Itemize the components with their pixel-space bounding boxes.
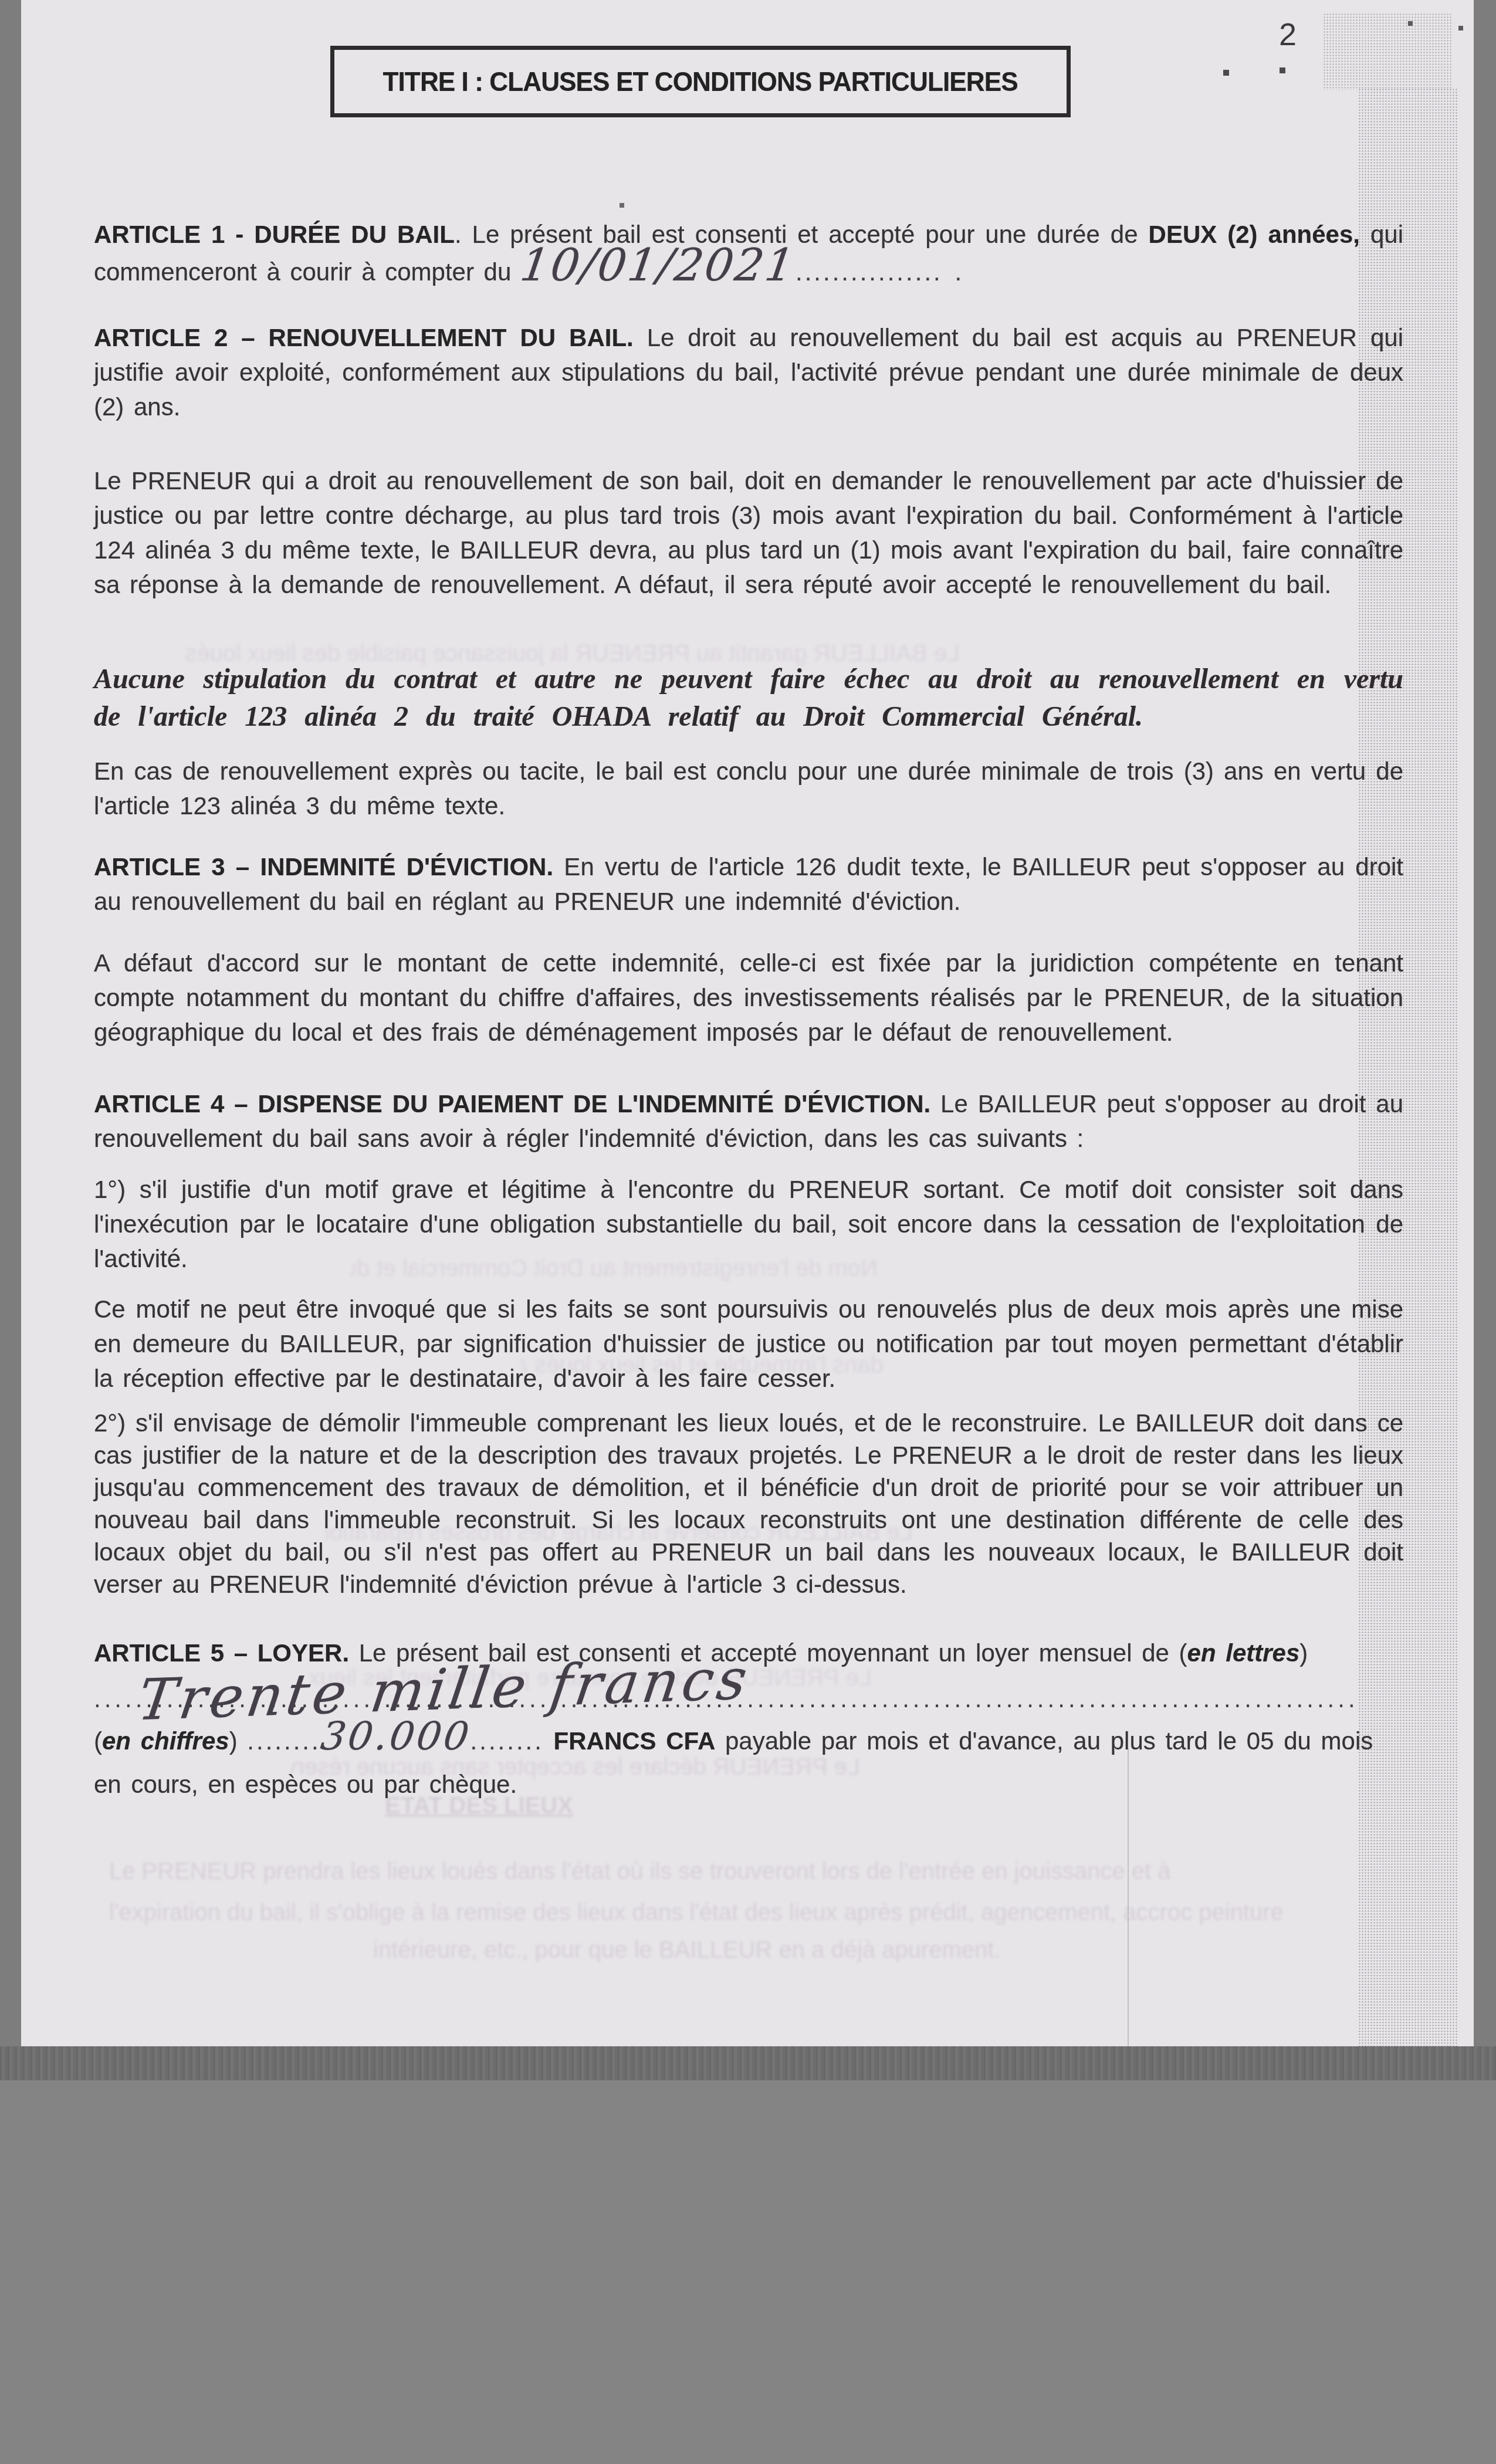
page-number: 2 xyxy=(1279,16,1297,53)
article-2-renewal-paragraph: Le PRENEUR qui a droit au renouvellement… xyxy=(94,463,1403,602)
ohada-clause-paragraph: Aucune stipulation du contrat et autre n… xyxy=(94,661,1403,736)
scanned-lease-page-2: { "page_number": "2", "title": "TITRE I … xyxy=(0,0,1496,2464)
rent-close-paren: ) xyxy=(229,1727,248,1755)
article-5-en-lettres: en lettres xyxy=(1187,1639,1300,1667)
tacit-renewal-paragraph: En cas de renouvellement exprès ou tacit… xyxy=(94,754,1403,823)
bleedthrough-text: intérieure, etc., pour que le BAILLEUR e… xyxy=(373,1937,1018,1964)
document-title-box: TITRE I : CLAUSES ET CONDITIONS PARTICUL… xyxy=(330,46,1071,117)
article-4-paragraph: ARTICLE 4 – DISPENSE DU PAIEMENT DE L'IN… xyxy=(94,1087,1403,1156)
dotted-leader-figures-left: ........ xyxy=(247,1727,320,1755)
case-1-text: 1°) s'il justifie d'un motif grave et lé… xyxy=(94,1176,1403,1272)
rent-terms-line-2: en cours, en espèces ou par chèque. xyxy=(94,1767,1403,1802)
dotted-leader-figures-right: ........ xyxy=(471,1727,544,1755)
article-1-paragraph: ARTICLE 1 - DURÉE DU BAIL. Le présent ba… xyxy=(94,217,1403,289)
scan-noise-top-right xyxy=(1323,13,1452,90)
scanner-background xyxy=(0,2080,1496,2464)
francs-cfa-label: FRANCS CFA xyxy=(544,1727,715,1755)
rent-open-paren: ( xyxy=(94,1727,102,1755)
scanner-bed-band xyxy=(0,2046,1496,2080)
ohada-clause-text: Aucune stipulation du contrat et autre n… xyxy=(94,664,1403,732)
indemnity-amount-text: A défaut d'accord sur le montant de cett… xyxy=(94,949,1403,1046)
article-1-heading: ARTICLE 1 - DURÉE DU BAIL xyxy=(94,221,455,248)
article-3-heading: ARTICLE 3 – INDEMNITÉ D'ÉVICTION. xyxy=(94,853,553,881)
rent-terms-text-2: en cours, en espèces ou par chèque. xyxy=(94,1771,517,1798)
article-2-heading: ARTICLE 2 – RENOUVELLEMENT DU BAIL. xyxy=(94,324,634,351)
article-4-heading: ARTICLE 4 – DISPENSE DU PAIEMENT DE L'IN… xyxy=(94,1090,930,1118)
indemnity-amount-paragraph: A défaut d'accord sur le montant de cett… xyxy=(94,946,1403,1050)
bleedthrough-text: Le PRENEUR prendra les lieux loués dans … xyxy=(109,1859,1388,1885)
case-2-paragraph: 2°) s'il envisage de démolir l'immeuble … xyxy=(94,1407,1403,1600)
dotted-leader-date: ................ . xyxy=(796,258,964,286)
motif-condition-paragraph: Ce motif ne peut être invoqué que si les… xyxy=(94,1292,1403,1396)
scanned-page: 2 TITRE I : CLAUSES ET CONDITIONS PARTIC… xyxy=(21,0,1474,2047)
rent-figures-line: (en chiffres) ........30.000........ FRA… xyxy=(94,1724,1403,1758)
motif-condition-text: Ce motif ne peut être invoqué que si les… xyxy=(94,1295,1403,1392)
scan-specks xyxy=(21,0,23,2)
article-3-paragraph: ARTICLE 3 – INDEMNITÉ D'ÉVICTION. En ver… xyxy=(94,849,1403,919)
bleedthrough-text: l'expiration du bail, il s'oblige à la r… xyxy=(109,1900,1412,1926)
article-2-paragraph: ARTICLE 2 – RENOUVELLEMENT DU BAIL. Le d… xyxy=(94,320,1403,424)
case-2-text: 2°) s'il envisage de démolir l'immeuble … xyxy=(94,1409,1403,1598)
handwritten-start-date: 10/01/2021 xyxy=(519,252,798,279)
case-1-paragraph: 1°) s'il justifie d'un motif grave et lé… xyxy=(94,1172,1403,1276)
document-title: TITRE I : CLAUSES ET CONDITIONS PARTICUL… xyxy=(383,66,1018,97)
article-1-bold-duration: DEUX (2) années, xyxy=(1149,221,1360,248)
article-2-renewal-text: Le PRENEUR qui a droit au renouvellement… xyxy=(94,467,1403,598)
rent-terms-text: payable par mois et d'avance, au plus ta… xyxy=(715,1727,1373,1755)
handwritten-rent-figures: 30.000 xyxy=(319,1727,472,1752)
tacit-renewal-text: En cas de renouvellement exprès ou tacit… xyxy=(94,757,1403,820)
article-5-text-2: ) xyxy=(1299,1639,1308,1667)
